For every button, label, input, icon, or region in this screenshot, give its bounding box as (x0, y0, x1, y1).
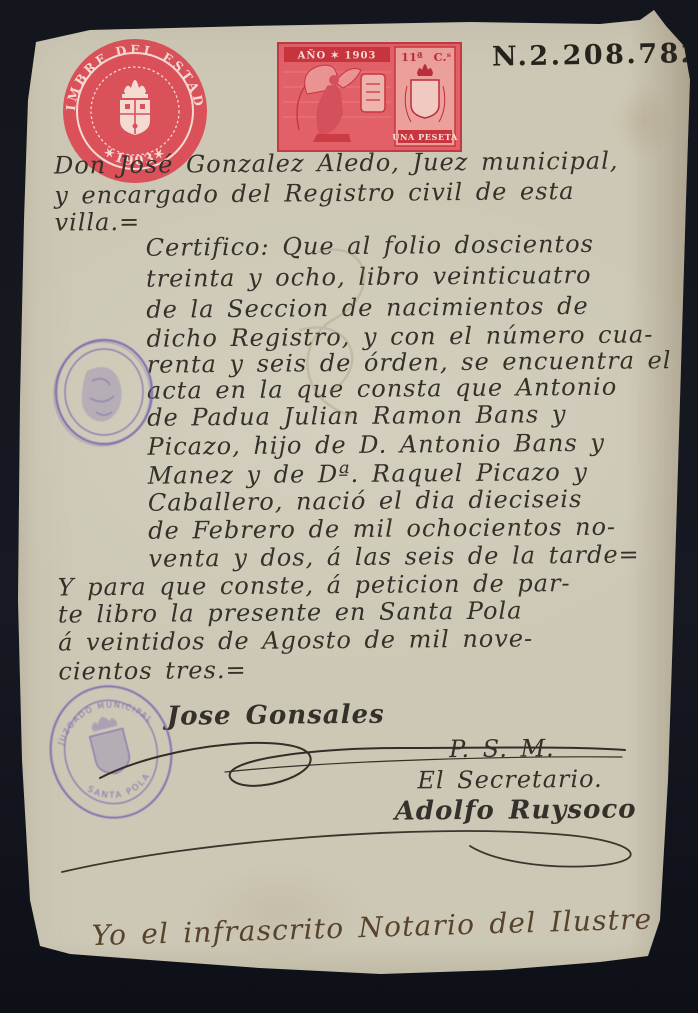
body-line: Certifico: Que al folio doscientos (146, 229, 594, 263)
oval-ink-stamp-upper-icon (52, 336, 157, 448)
body-line: á veintidos de Agosto de mil nove- (58, 623, 533, 657)
secretary-title: El Secretario. (417, 764, 603, 796)
body-line: y encargado del Registro civil de esta (54, 176, 574, 211)
document-paper: N.2.208.782 TIMBRE DEL ESTADO ✶1903✶ (0, 0, 698, 1013)
handwritten-body: Don José Gonzalez Aledo, Juez municipal,… (0, 0, 698, 1013)
body-line: villa.= (54, 207, 140, 238)
secretary-signature: Adolfo Ruysoco (395, 795, 637, 827)
psm-abbreviation: P. S. M. (449, 733, 555, 764)
body-line: Don José Gonzalez Aledo, Juez municipal, (54, 146, 619, 181)
lower-stamp-emblem-icon (86, 713, 133, 778)
closing-line: Yo el infrascrito Notario del Ilustre Co… (91, 902, 698, 951)
body-line: treinta y ocho, libro veinticuatro (146, 260, 592, 294)
judge-signature: Jose Gonsales (167, 700, 385, 732)
photo-background: N.2.208.782 TIMBRE DEL ESTADO ✶1903✶ (0, 0, 698, 1013)
